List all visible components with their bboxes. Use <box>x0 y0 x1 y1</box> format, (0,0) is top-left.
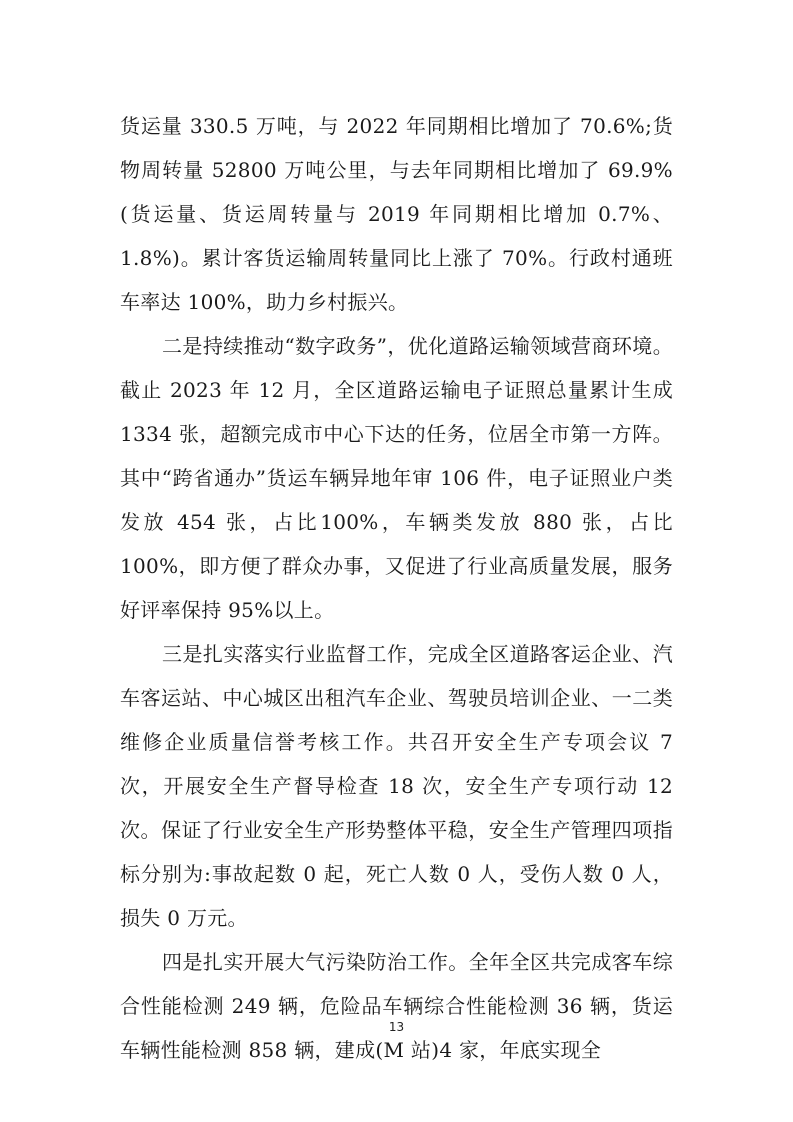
paragraph-air-pollution: 四是扎实开展大气污染防治工作。全年全区共完成客车综合性能检测 249 辆，危险品… <box>120 940 673 1072</box>
paragraph-industry-supervision: 三是扎实落实行业监督工作，完成全区道路客运企业、汽车客运站、中心城区出租汽车企业… <box>120 632 673 940</box>
document-body: 货运量 330.5 万吨，与 2022 年同期相比增加了 70.6%;货物周转量… <box>120 104 673 1072</box>
paragraph-freight-statistics: 货运量 330.5 万吨，与 2022 年同期相比增加了 70.6%;货物周转量… <box>120 104 673 324</box>
page-number: 13 <box>0 1020 793 1034</box>
paragraph-digital-government: 二是持续推动“数字政务”，优化道路运输领域营商环境。截止 2023 年 12 月… <box>120 324 673 632</box>
